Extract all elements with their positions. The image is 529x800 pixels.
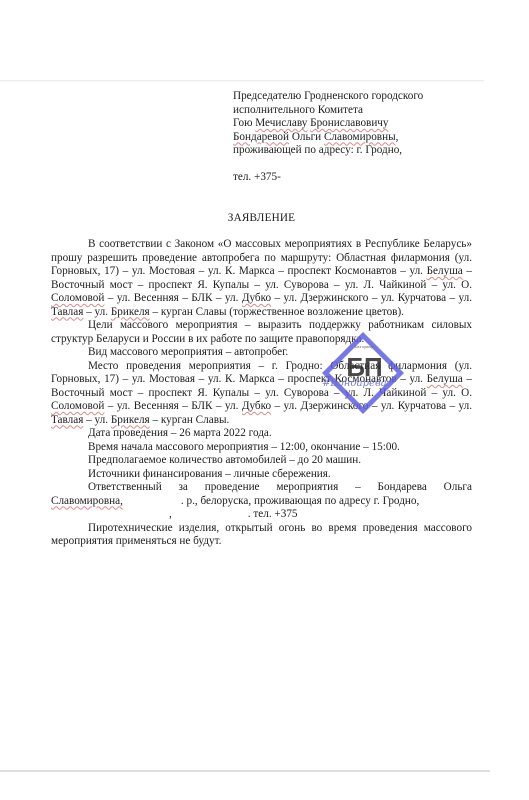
paragraph-type: Вид массового мероприятия – автопробег. [51,346,472,360]
paragraph-responsible: Ответственный за проведение мероприятия … [51,481,472,495]
misspelled-word: Бондаревой [233,131,289,143]
addressee-block: Председателю Гродненского городского исп… [233,90,478,185]
misspelled-word: Дубко [242,400,271,412]
misspelled-word: Славомировна, [51,495,123,507]
page-top-edge [0,80,484,81]
text-line: ,. тел. +375 [51,508,472,522]
name-prefix: Гою [233,117,255,129]
applicant-residence: проживающей по адресу: г. Гродно, [233,144,478,158]
text-run: – ул. Весенняя – БЛК – ул. [104,292,242,304]
text-run: – ул. Дзержинского – ул. Курчатова – ул. [271,400,472,412]
misspelled-word: Соломовой [51,292,104,304]
misspelled-word: Дубко [242,292,271,304]
applicant-first-name: Ольги [289,131,324,143]
text-run: В соответствии с Законом «О массовых мер… [51,238,472,277]
addressee-name: Гою Мечиславу Брониславовичу [233,117,478,131]
paragraph-date: Дата проведения – 26 марта 2022 года. [51,427,472,441]
text-run: – курган Славы. [150,414,230,426]
misspelled-word: Славомировны [324,131,396,143]
paragraph-route: В соответствии с Законом «О массовых мер… [51,238,472,319]
applicant-name: Бондаревой Ольги Славомировны, [233,131,478,145]
addressee-line: исполнительного Комитета [233,104,478,118]
applicant-phone: тел. +375- [233,171,478,185]
text-run: , [51,508,172,520]
document-page: Председателю Гродненского городского исп… [51,90,472,549]
text-run: – ул. [83,306,110,318]
text-run: . р., белоруска, проживающая по адресу г… [123,495,419,507]
text-run: – ул. [83,414,110,426]
document-title: ЗАЯВЛЕНИЕ [51,212,472,226]
paragraph-responsible-cont: Славомировна,. р., белоруска, проживающа… [51,495,472,522]
page-bottom-edge [0,770,490,772]
text-run: – ул. Весенняя – БЛК – ул. [104,400,242,412]
text-run: Ответственный за проведение мероприятия … [88,481,472,493]
paragraph-location: Место проведения мероприятия – г. Гродно… [51,360,472,428]
paragraph-vehicles: Предполагаемое количество автомобилей – … [51,454,472,468]
paragraph-time: Время начала массового мероприятия – 12:… [51,441,472,455]
paragraph-pyrotechnics: Пиротехнические изделия, открытый огонь … [51,522,472,549]
misspelled-word: Брониславовичу [310,117,388,129]
paragraph-goals: Цели массового мероприятия – выразить по… [51,319,472,346]
text-run: Место проведения мероприятия – г. Гродно… [51,360,472,386]
misspelled-word: Тавлая [51,414,83,426]
misspelled-word: Брикеля [111,414,150,426]
text-run: – курган Славы (торжественное возложение… [150,306,404,318]
responsible-phone: . тел. +375 [172,508,298,520]
misspelled-word: Белуша [427,265,463,277]
addressee-line: Председателю Гродненского городского [233,90,478,104]
punctuation: , [396,131,399,143]
misspelled-word: Тавлая [51,306,83,318]
misspelled-word: Белуша [427,373,463,385]
text-run: – ул. Дзержинского – ул. Курчатова – ул. [271,292,472,304]
text-line: Славомировна,. р., белоруска, проживающа… [51,495,472,509]
paragraph-funding: Источники финансирования – личные сбереж… [51,468,472,482]
misspelled-word: Соломовой [51,400,104,412]
misspelled-word: Мечиславу [255,117,307,129]
misspelled-word: Брикеля [111,306,150,318]
